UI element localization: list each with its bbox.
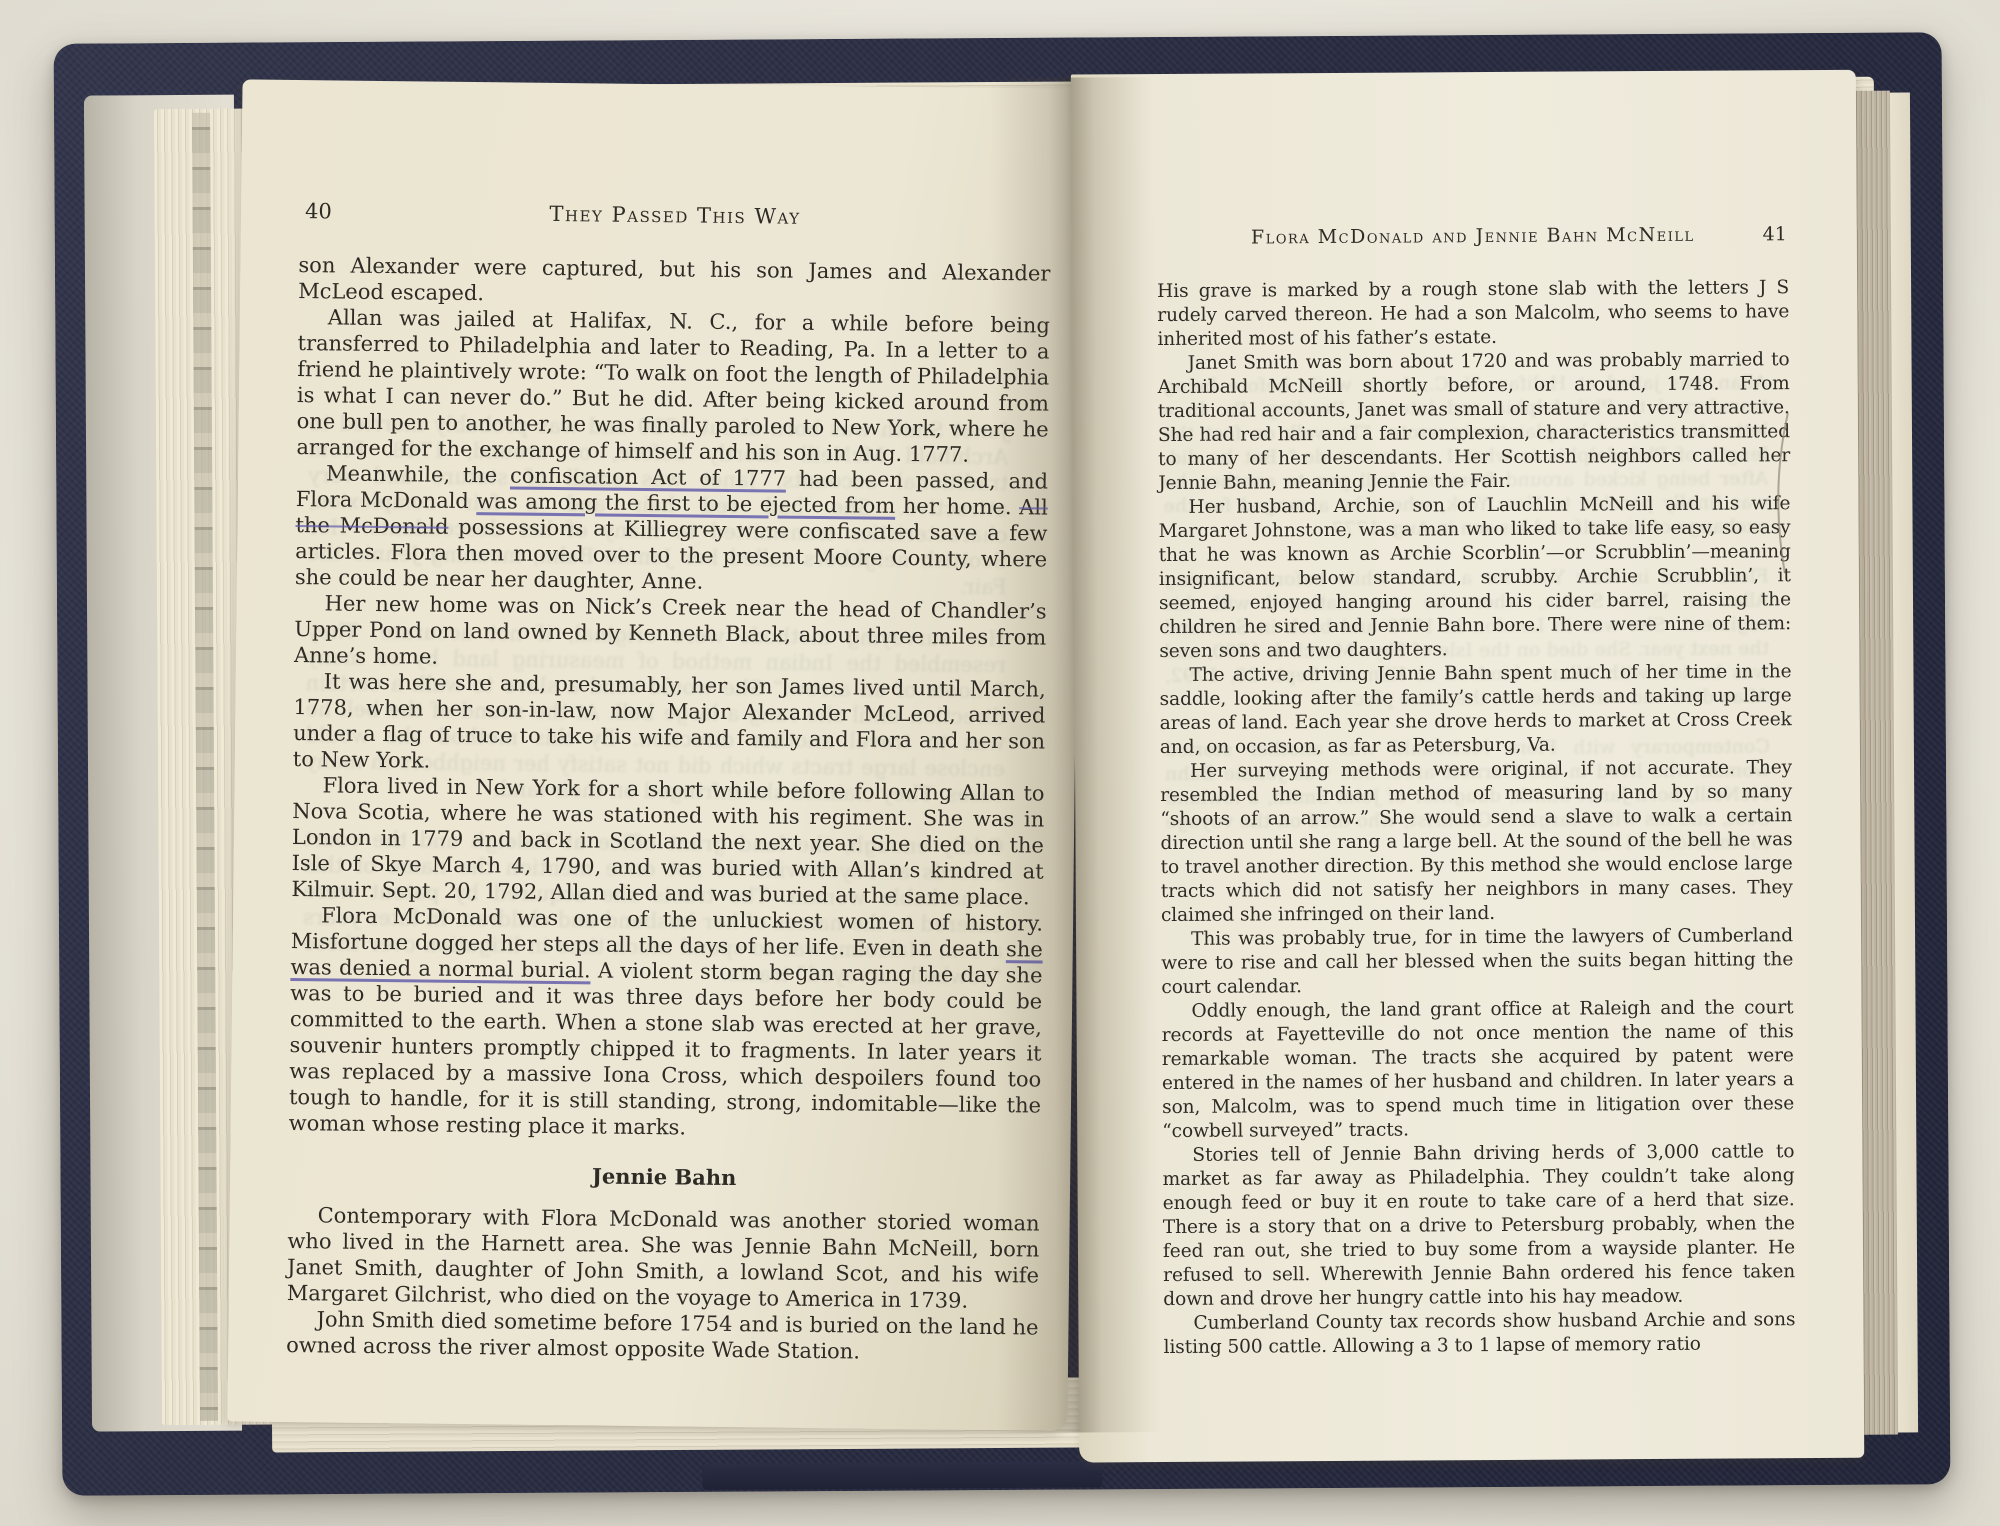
paragraph: Flora McDonald was one of the unluckiest… — [289, 902, 1044, 1145]
paragraph: Her surveying methods were original, if … — [1160, 756, 1793, 928]
running-header-right: Flora McDonald and Jennie Bahn McNeill — [1157, 222, 1789, 250]
paragraph: Cumberland County tax records show husba… — [1163, 1308, 1795, 1360]
right-page-content: Flora McDonald and Jennie Bahn McNeill 4… — [1157, 222, 1796, 1360]
paragraph: Her husband, Archie, son of Lauchlin McN… — [1158, 492, 1791, 664]
paragraph: Contemporary with Flora McDonald was ano… — [287, 1202, 1040, 1315]
paragraph: Janet Smith was born about 1720 and was … — [1157, 348, 1790, 496]
text-segment: A violent storm began raging the day she… — [289, 958, 1043, 1139]
paragraph: son Alexander were captured, but his son… — [298, 252, 1051, 313]
text-segment: Meanwhile, the — [326, 461, 510, 487]
paragraph: Allan was jailed at Halifax, N. C., for … — [296, 304, 1050, 469]
paragraph: John Smith died sometime before 1754 and… — [286, 1306, 1039, 1367]
paragraph: The active, driving Jennie Bahn spent mu… — [1159, 660, 1792, 760]
right-page: Allan was jailed at Halifax, N. C., for … — [1071, 70, 1864, 1463]
paragraph: Oddly enough, the land grant office at R… — [1161, 996, 1794, 1144]
photo-backdrop: Janet Smith was born about 1720 and was … — [0, 0, 2000, 1526]
page-number-right: 41 — [1763, 222, 1787, 246]
paragraph: This was probably true, for in time the … — [1161, 924, 1793, 1000]
book: Janet Smith was born about 1720 and was … — [54, 32, 1951, 1496]
spine-bottom-edge — [702, 1461, 1102, 1489]
left-page: Janet Smith was born about 1720 and was … — [227, 79, 1082, 1430]
section-heading: Jennie Bahn — [288, 1160, 1040, 1195]
right-page-header: Flora McDonald and Jennie Bahn McNeill 4… — [1157, 222, 1789, 258]
margin-pen-mark — [1767, 410, 1794, 576]
paragraph: It was here she and, presumably, her son… — [293, 668, 1046, 781]
running-header-left: They Passed This Way — [299, 198, 1051, 233]
paragraph: His grave is marked by a rough stone sla… — [1157, 276, 1789, 352]
paragraph: Her new home was on Nick’s Creek near th… — [294, 590, 1047, 677]
ink-underline: was among the first to be ejected from — [476, 489, 895, 518]
text-segment: Flora McDonald was one of the unluckiest… — [291, 903, 1044, 961]
paragraph: Flora lived in New York for a short whil… — [291, 772, 1044, 911]
left-page-content: 40 They Passed This Way son Alexander we… — [286, 198, 1051, 1366]
left-page-header: 40 They Passed This Way — [299, 198, 1051, 239]
text-segment: her home. — [895, 494, 1019, 519]
page-number-left: 40 — [305, 198, 332, 224]
ink-underline: confiscation Act of 1777 — [510, 463, 786, 490]
paragraph: Meanwhile, the confiscation Act of 1777 … — [295, 460, 1048, 599]
paragraph: Stories tell of Jennie Bahn driving herd… — [1162, 1140, 1795, 1312]
